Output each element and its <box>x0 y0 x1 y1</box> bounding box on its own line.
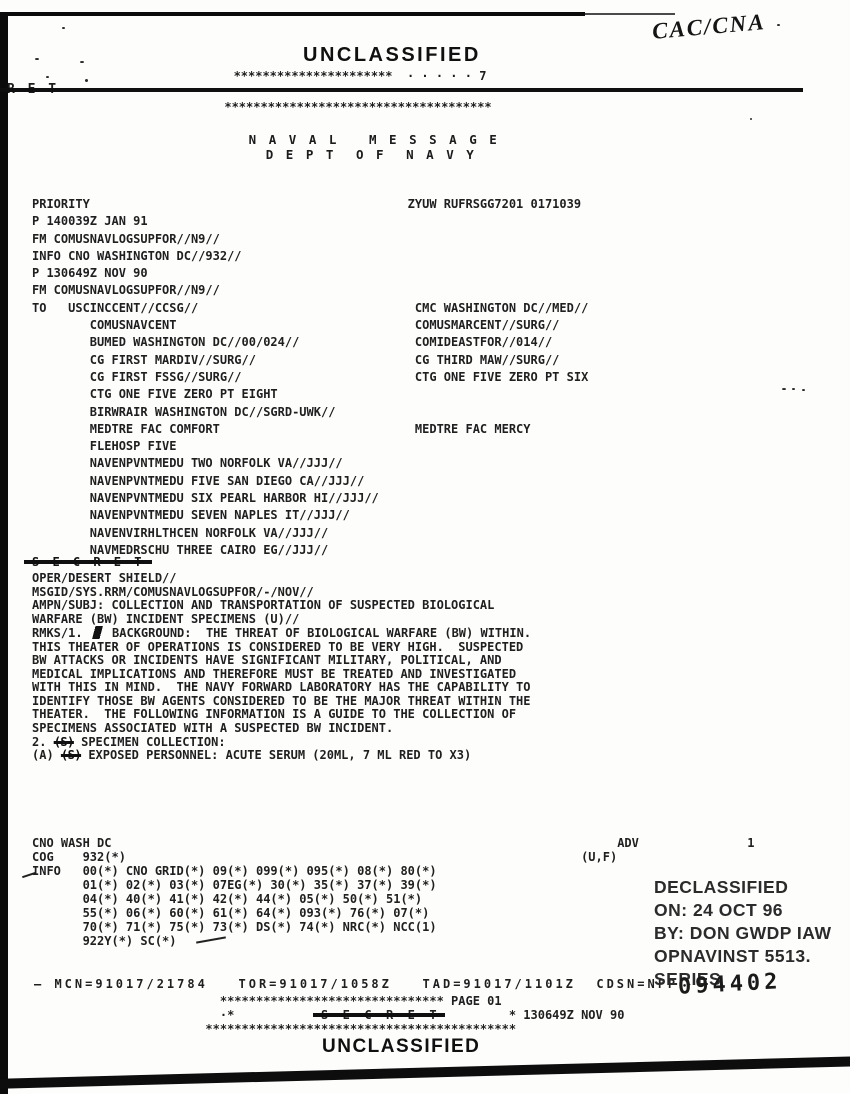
secret-banner-struck-footer: S E C R E T <box>321 1008 437 1022</box>
scan-speck <box>80 61 84 63</box>
scan-speck <box>782 388 786 390</box>
scan-speck <box>792 388 795 390</box>
message-body-block: OPER/DESERT SHIELD// MSGID/SYS.RRM/COMUS… <box>32 572 531 763</box>
scan-speck <box>777 24 780 26</box>
footer-block: ******************************* PAGE 01 … <box>32 994 624 1036</box>
message-address-block: PRIORITY ZYUW RUFRSGG7201 0171039 P 1400… <box>32 196 588 559</box>
stamp-serial-number: 094402 <box>677 969 782 999</box>
secret-banner-struck-mid: S E C R E T <box>32 555 144 569</box>
classification-banner-top: UNCLASSIFIED <box>303 44 481 67</box>
scan-speck <box>802 389 805 391</box>
scan-speck <box>750 118 752 120</box>
stamp-line: DECLASSIFIED <box>654 876 832 899</box>
asterisk-divider-row: ********************** · · · · · 7 <box>234 69 487 83</box>
scribbled-classification-mark: (S) <box>54 735 74 749</box>
scan-border-top <box>0 12 585 16</box>
message-title-line1: N A V A L M E S S A G E <box>249 132 500 147</box>
stamp-line: OPNAVINST 5513. <box>654 945 832 968</box>
scan-speck <box>35 58 39 60</box>
scan-edge-bottom-band <box>0 1056 850 1089</box>
secret-banner-struck-top: S E C R E T <box>0 82 795 97</box>
asterisk-divider-row: ************************************* <box>224 100 491 114</box>
scribbled-classification-mark: (S) <box>61 748 81 762</box>
routing-distribution-block: CNO WASH DC ADV 1 COG 932(*) (U,F) INFO … <box>32 836 754 948</box>
stamp-line: BY: DON GWDP IAW <box>654 922 832 945</box>
scan-border-top-fade <box>585 13 675 15</box>
pen-scribble-icon <box>90 626 105 639</box>
stamp-line: ON: 24 OCT 96 <box>654 899 832 922</box>
scanned-naval-message-page: CAC/CNA UNCLASSIFIED *******************… <box>0 0 850 1094</box>
message-title-line2: D E P T O F N A V Y <box>266 147 477 162</box>
scan-speck <box>46 76 49 78</box>
mcn-trailer-line: — MCN=91017/21784 TOR=91017/1058Z TAD=91… <box>34 977 678 991</box>
classification-banner-bottom: UNCLASSIFIED <box>322 1036 480 1058</box>
scan-speck <box>62 27 65 29</box>
scan-border-left <box>0 12 8 1094</box>
